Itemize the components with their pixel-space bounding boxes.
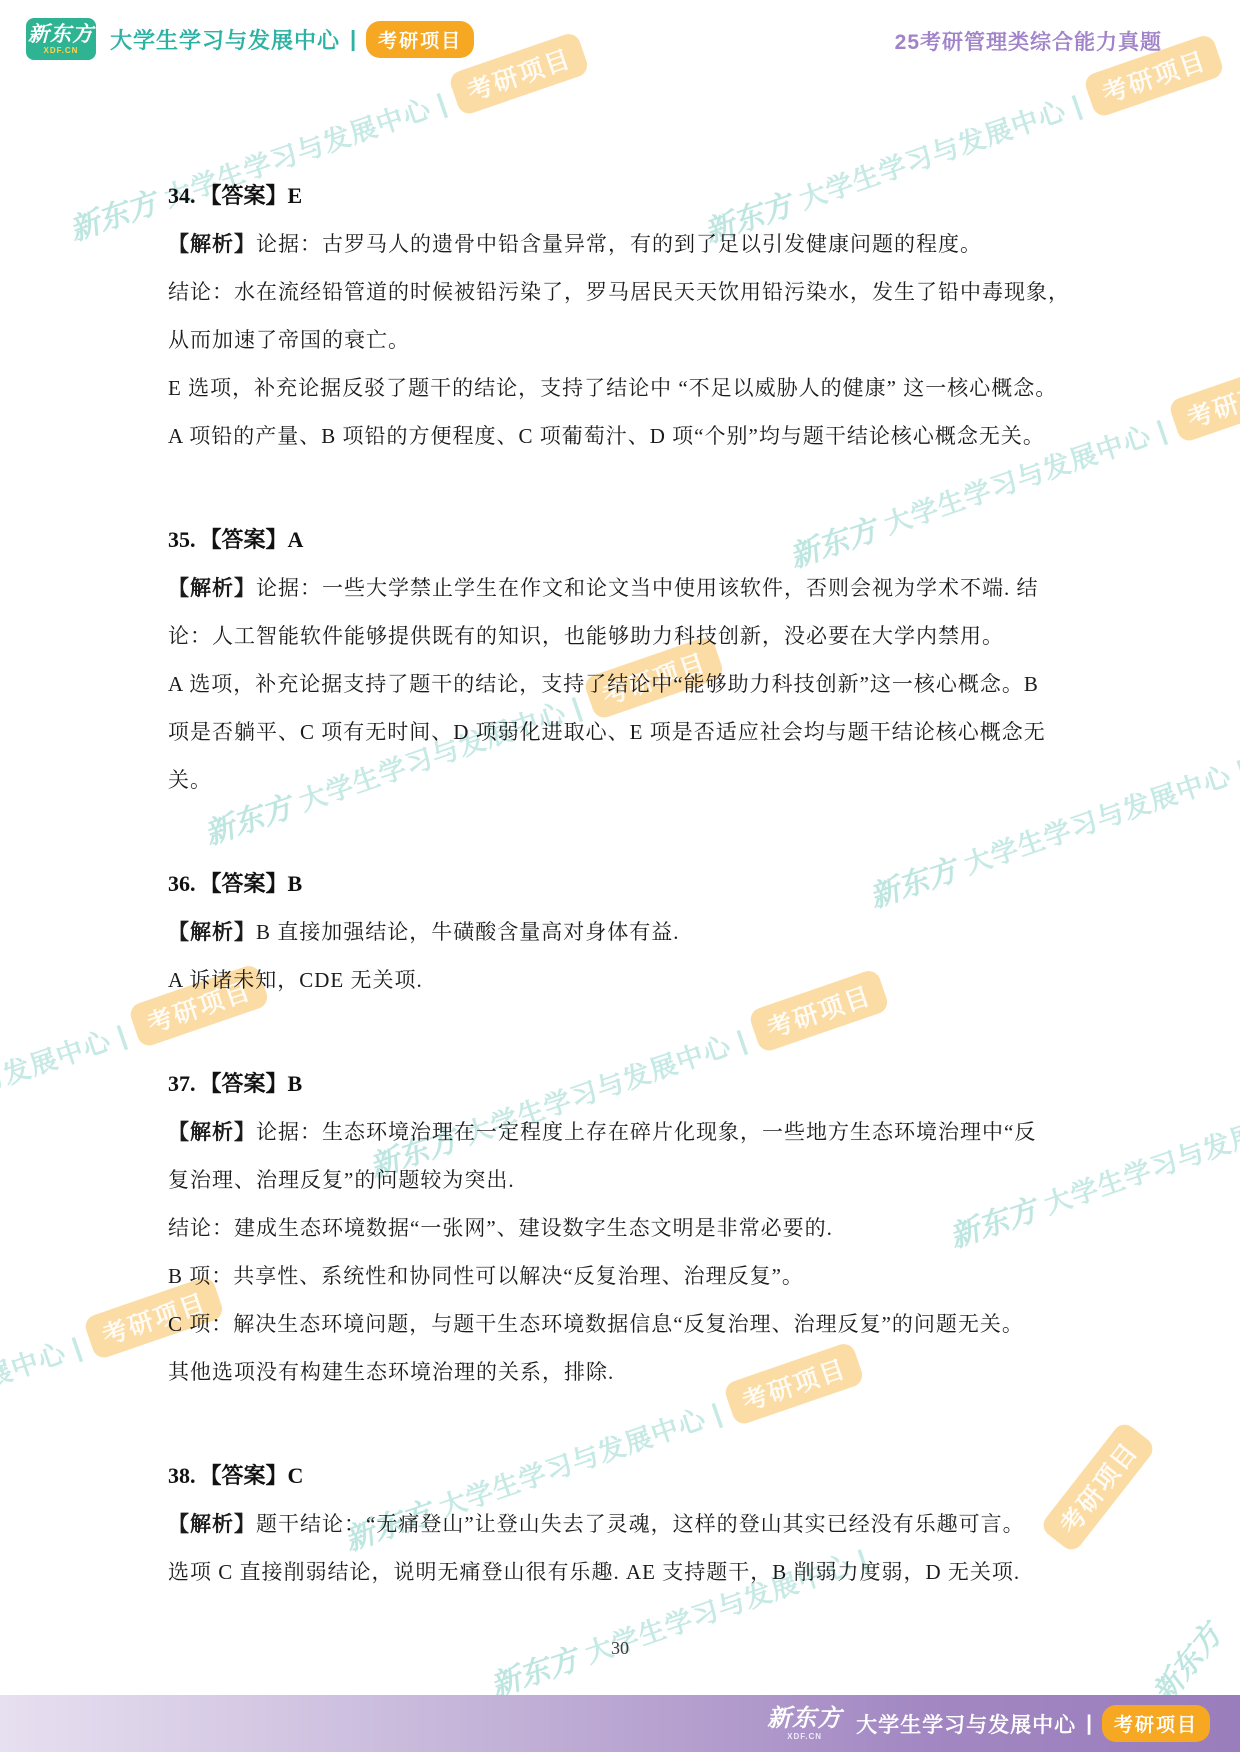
analysis-label: 【解析】 [168,232,256,256]
question-37-block: 37.【答案】B 【解析】论据：生态环境治理在一定程度上存在碎片化现象，一些地方… [168,1060,1084,1396]
xdf-logo-subtext: XDF.CN [44,47,79,55]
question-35-header: 35.【答案】A [168,516,1084,564]
question-38-header: 38.【答案】C [168,1452,1084,1500]
answer-label: 【答案】 [200,183,288,208]
question-number: 38. [168,1463,196,1488]
analysis-line: A 诉诸未知，CDE 无关项. [168,956,1084,1004]
answer-value: A [288,527,304,552]
xdf-logo-text: 新东方 [767,1707,842,1731]
answer-label: 【答案】 [200,871,288,896]
xdf-logo: 新东方 XDF.CN [26,18,96,60]
analysis-label: 【解析】 [168,576,256,600]
analysis-line: 论：人工智能软件能够提供既有的知识，也能够助力科技创新，没必要在大学内禁用。 [168,612,1084,660]
analysis-line: 结论：建成生态环境数据“一张网”、建设数字生态文明是非常必要的. [168,1204,1084,1252]
analysis-line: 复治理、治理反复”的问题较为突出. [168,1156,1084,1204]
analysis-label: 【解析】 [168,920,256,944]
answer-value: C [288,1463,304,1488]
footer-divider: | [1086,1712,1092,1736]
question-number: 35. [168,527,196,552]
analysis-line: 【解析】论据：古罗马人的遗骨中铅含量异常，有的到了足以引发健康问题的程度。 [168,220,1084,268]
page-number: 30 [0,1638,1240,1659]
question-number: 37. [168,1071,196,1096]
answer-value: B [288,1071,303,1096]
analysis-line: E 选项，补充论据反驳了题干的结论，支持了结论中 “不足以威胁人的健康” 这一核… [168,364,1084,412]
xdf-logo-subtext: XDF.CN [787,1733,822,1741]
xdf-logo-text: 新东方 [28,24,94,45]
document-title: 25考研管理类综合能力真题 [895,26,1162,56]
answer-label: 【答案】 [200,1071,288,1096]
watermark-brand: 新东方 [63,178,162,249]
xdf-logo-footer: 新东方 XDF.CN [767,1707,842,1741]
analysis-label: 【解析】 [168,1512,256,1536]
answer-label: 【答案】 [200,1463,288,1488]
question-number: 36. [168,871,196,896]
footer-bar: 新东方 XDF.CN 大学生学习与发展中心 | 考研项目 [0,1695,1240,1752]
page-header: 新东方 XDF.CN 大学生学习与发展中心 | 考研项目 25考研管理类综合能力… [0,14,1240,66]
org-name: 大学生学习与发展中心 [110,24,340,55]
analysis-line: 选项 C 直接削弱结论，说明无痛登山很有乐趣. AE 支持题干，B 削弱力度弱，… [168,1548,1084,1596]
analysis-line: 项是否躺平、C 项有无时间、D 项弱化进取心、E 项是否适应社会均与题干结论核心… [168,708,1084,756]
analysis-line: 【解析】论据：一些大学禁止学生在作文和论文当中使用该软件，否则会视为学术不端. … [168,564,1084,612]
analysis-line: B 项：共享性、系统性和协同性可以解决“反复治理、治理反复”。 [168,1252,1084,1300]
analysis-line: 结论：水在流经铅管道的时候被铅污染了，罗马居民天天饮用铅污染水，发生了铅中毒现象… [168,268,1084,316]
analysis-label: 【解析】 [168,1120,256,1144]
brand-block: 新东方 XDF.CN 大学生学习与发展中心 | 考研项目 [26,18,474,60]
question-36-header: 36.【答案】B [168,860,1084,908]
analysis-line: 【解析】题干结论：“无痛登山”让登山失去了灵魂，这样的登山其实已经没有乐趣可言。 [168,1500,1084,1548]
answers-content: 34.【答案】E 【解析】论据：古罗马人的遗骨中铅含量异常，有的到了足以引发健康… [168,172,1084,1652]
analysis-line: C 项：解决生态环境问题，与题干生态环境数据信息“反复治理、治理反复”的问题无关… [168,1300,1084,1348]
answer-label: 【答案】 [200,527,288,552]
analysis-line: A 项铅的产量、B 项铅的方便程度、C 项葡萄汁、D 项“个别”均与题干结论核心… [168,412,1084,460]
question-35-block: 35.【答案】A 【解析】论据：一些大学禁止学生在作文和论文当中使用该软件，否则… [168,516,1084,804]
analysis-line: 其他选项没有构建生态环境治理的关系，排除. [168,1348,1084,1396]
project-badge: 考研项目 [366,21,474,58]
answer-value: B [288,871,303,896]
analysis-line: 【解析】论据：生态环境治理在一定程度上存在碎片化现象，一些地方生态环境治理中“反 [168,1108,1084,1156]
analysis-line: 【解析】B 直接加强结论，牛磺酸含量高对身体有益. [168,908,1084,956]
question-34-block: 34.【答案】E 【解析】论据：古罗马人的遗骨中铅含量异常，有的到了足以引发健康… [168,172,1084,460]
question-36-block: 36.【答案】B 【解析】B 直接加强结论，牛磺酸含量高对身体有益. A 诉诸未… [168,860,1084,1004]
question-38-block: 38.【答案】C 【解析】题干结论：“无痛登山”让登山失去了灵魂，这样的登山其实… [168,1452,1084,1596]
question-number: 34. [168,183,196,208]
analysis-line: A 选项，补充论据支持了题干的结论，支持了结论中“能够助力科技创新”这一核心概念… [168,660,1084,708]
analysis-line: 关。 [168,756,1084,804]
brand-divider: | [350,26,356,52]
answer-value: E [288,183,303,208]
question-34-header: 34.【答案】E [168,172,1084,220]
question-37-header: 37.【答案】B [168,1060,1084,1108]
analysis-line: 从而加速了帝国的衰亡。 [168,316,1084,364]
document-page: 新东方 大学生学习与发展中心 | 考研项目 新东方 大学生学习与发展中心 | 考… [0,0,1240,1752]
footer-project-badge: 考研项目 [1102,1705,1210,1742]
footer-org-name: 大学生学习与发展中心 [856,1709,1076,1739]
